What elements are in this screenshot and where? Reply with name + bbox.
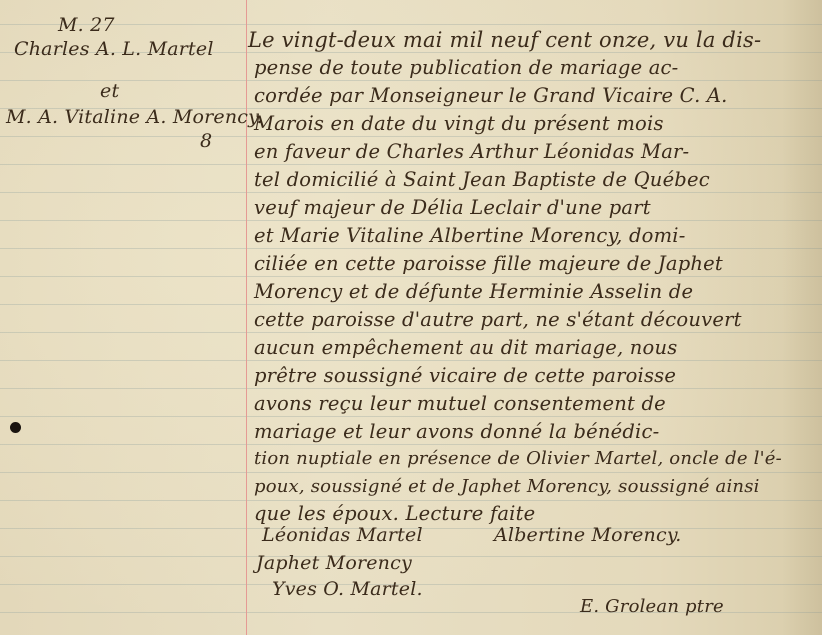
body-line: poux, soussigné et de Japhet Morency, so…: [254, 476, 760, 497]
signature-officiant: E. Grolean ptre: [580, 596, 724, 617]
margin-conjunction: et: [100, 80, 119, 102]
body-line: tel domicilié à Saint Jean Baptiste de Q…: [254, 168, 710, 191]
body-line: pense de toute publication de mariage ac…: [254, 56, 678, 79]
margin-groom-name: Charles A. L. Martel: [14, 38, 214, 60]
body-line: Marois en date du vingt du présent mois: [254, 112, 664, 135]
body-line: cordée par Monseigneur le Grand Vicaire …: [254, 84, 728, 107]
red-margin-line: [246, 0, 247, 635]
body-line: Morency et de défunte Herminie Asselin d…: [254, 280, 693, 303]
body-line: prêtre soussigné vicaire de cette parois…: [254, 364, 676, 387]
margin-flourish: 8: [200, 130, 212, 152]
page-edge-shadow: [782, 0, 822, 635]
signature-witness-1: Japhet Morency: [256, 552, 412, 574]
body-line: tion nuptiale en présence de Olivier Mar…: [254, 448, 782, 469]
margin-bride-name: M. A. Vitaline A. Morency.: [6, 106, 263, 128]
body-line: avons reçu leur mutuel consentement de: [254, 392, 666, 415]
register-page: M. 27 Charles A. L. Martel et M. A. Vita…: [0, 0, 822, 635]
body-line: et Marie Vitaline Albertine Morency, dom…: [254, 224, 686, 247]
record-number: M. 27: [58, 14, 115, 36]
body-line: en faveur de Charles Arthur Léonidas Mar…: [254, 140, 689, 163]
signature-groom: Léonidas Martel: [262, 524, 423, 546]
ink-dot: [10, 422, 21, 433]
signature-bride: Albertine Morency.: [494, 524, 681, 546]
signature-witness-2: Yves O. Martel.: [272, 578, 423, 600]
body-line: aucun empêchement au dit mariage, nous: [254, 336, 677, 359]
body-line: ciliée en cette paroisse fille majeure d…: [254, 252, 723, 275]
body-line: Le vingt-deux mai mil neuf cent onze, vu…: [248, 28, 761, 52]
body-line: veuf majeur de Délia Leclair d'une part: [254, 196, 651, 219]
body-line: que les époux. Lecture faite: [254, 502, 535, 525]
body-line: mariage et leur avons donné la bénédic-: [254, 420, 659, 443]
body-line: cette paroisse d'autre part, ne s'étant …: [254, 308, 742, 331]
